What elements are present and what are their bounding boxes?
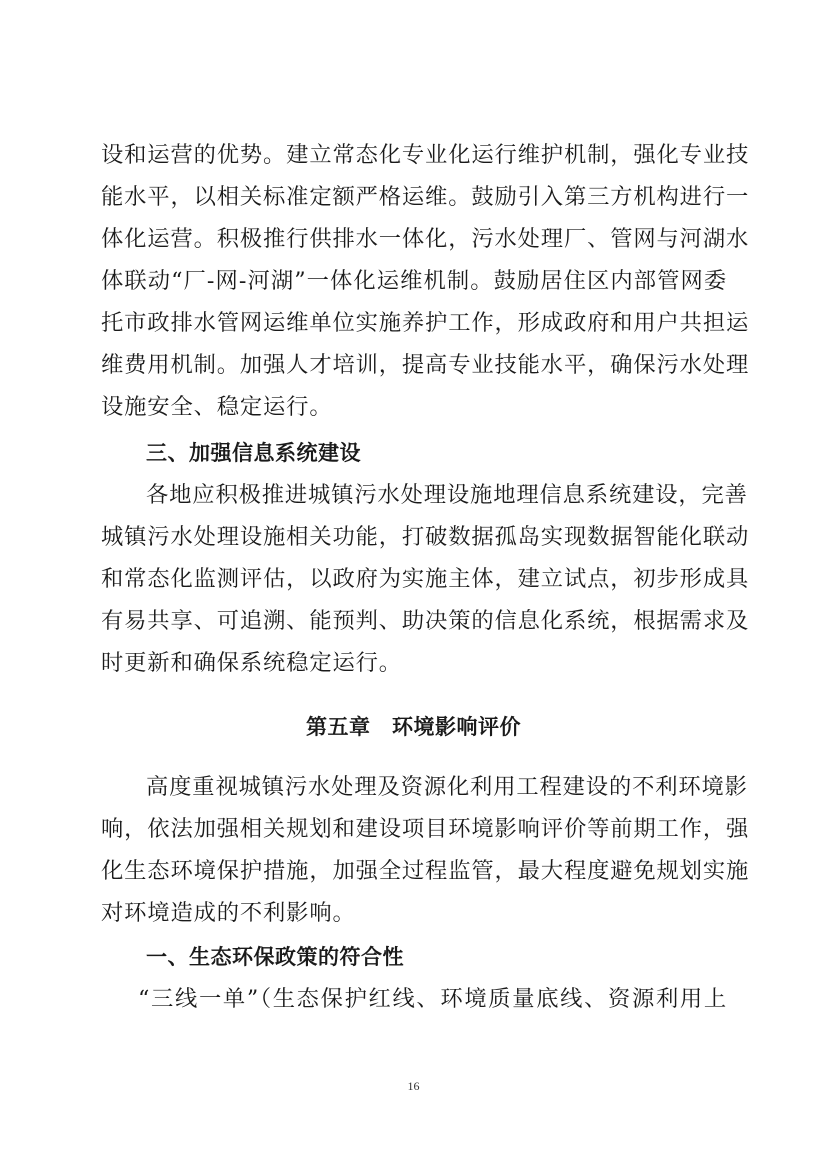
body-text-line: 托市政排水管网运维单位实施养护工作，形成政府和用户共担运 [101,309,727,337]
body-text-line: 化生态环境保护措施，加强全过程监管，最大程度避免规划实施 [101,857,727,885]
body-text-line: 有易共享、可追溯、能预判、助决策的信息化系统，根据需求及 [101,607,727,635]
body-text-line: 体联动“厂-网-河湖”一体化运维机制。鼓励居住区内部管网委 [101,267,727,295]
body-text-line: “三线一单”（生态保护红线、环境质量底线、资源利用上 [138,985,727,1013]
body-text-line: 和常态化监测评估，以政府为实施主体，建立试点，初步形成具 [101,565,727,593]
body-text-line: 各地应积极推进城镇污水处理设施地理信息系统建设，完善 [146,481,727,509]
body-text-line: 时更新和确保系统稳定运行。 [101,649,727,677]
body-text-line: 能水平，以相关标准定额严格运维。鼓励引入第三方机构进行一 [101,183,727,211]
body-text-line: 对环境造成的不利影响。 [101,899,727,927]
body-text-line: 维费用机制。加强人才培训，提高专业技能水平，确保污水处理 [101,351,727,379]
body-text-line: 体化运营。积极推行供排水一体化，污水处理厂、管网与河湖水 [101,225,727,253]
body-text-line: 设和运营的优势。建立常态化专业化运行维护机制，强化专业技 [101,141,727,169]
section-heading: 三、加强信息系统建设 [146,439,361,467]
body-text-line: 城镇污水处理设施相关功能，打破数据孤岛实现数据智能化联动 [101,523,727,551]
body-text-line: 响，依法加强相关规划和建设项目环境影响评价等前期工作，强 [101,815,727,843]
chapter-title: 第五章 环境影响评价 [0,713,827,741]
document-page: 设和运营的优势。建立常态化专业化运行维护机制，强化专业技 能水平，以相关标准定额… [0,0,827,1169]
section-heading: 一、生态环保政策的符合性 [146,943,404,971]
page-number: 16 [0,1079,827,1094]
body-text-line: 设施安全、稳定运行。 [101,393,727,421]
body-text-line: 高度重视城镇污水处理及资源化利用工程建设的不利环境影 [146,773,727,801]
